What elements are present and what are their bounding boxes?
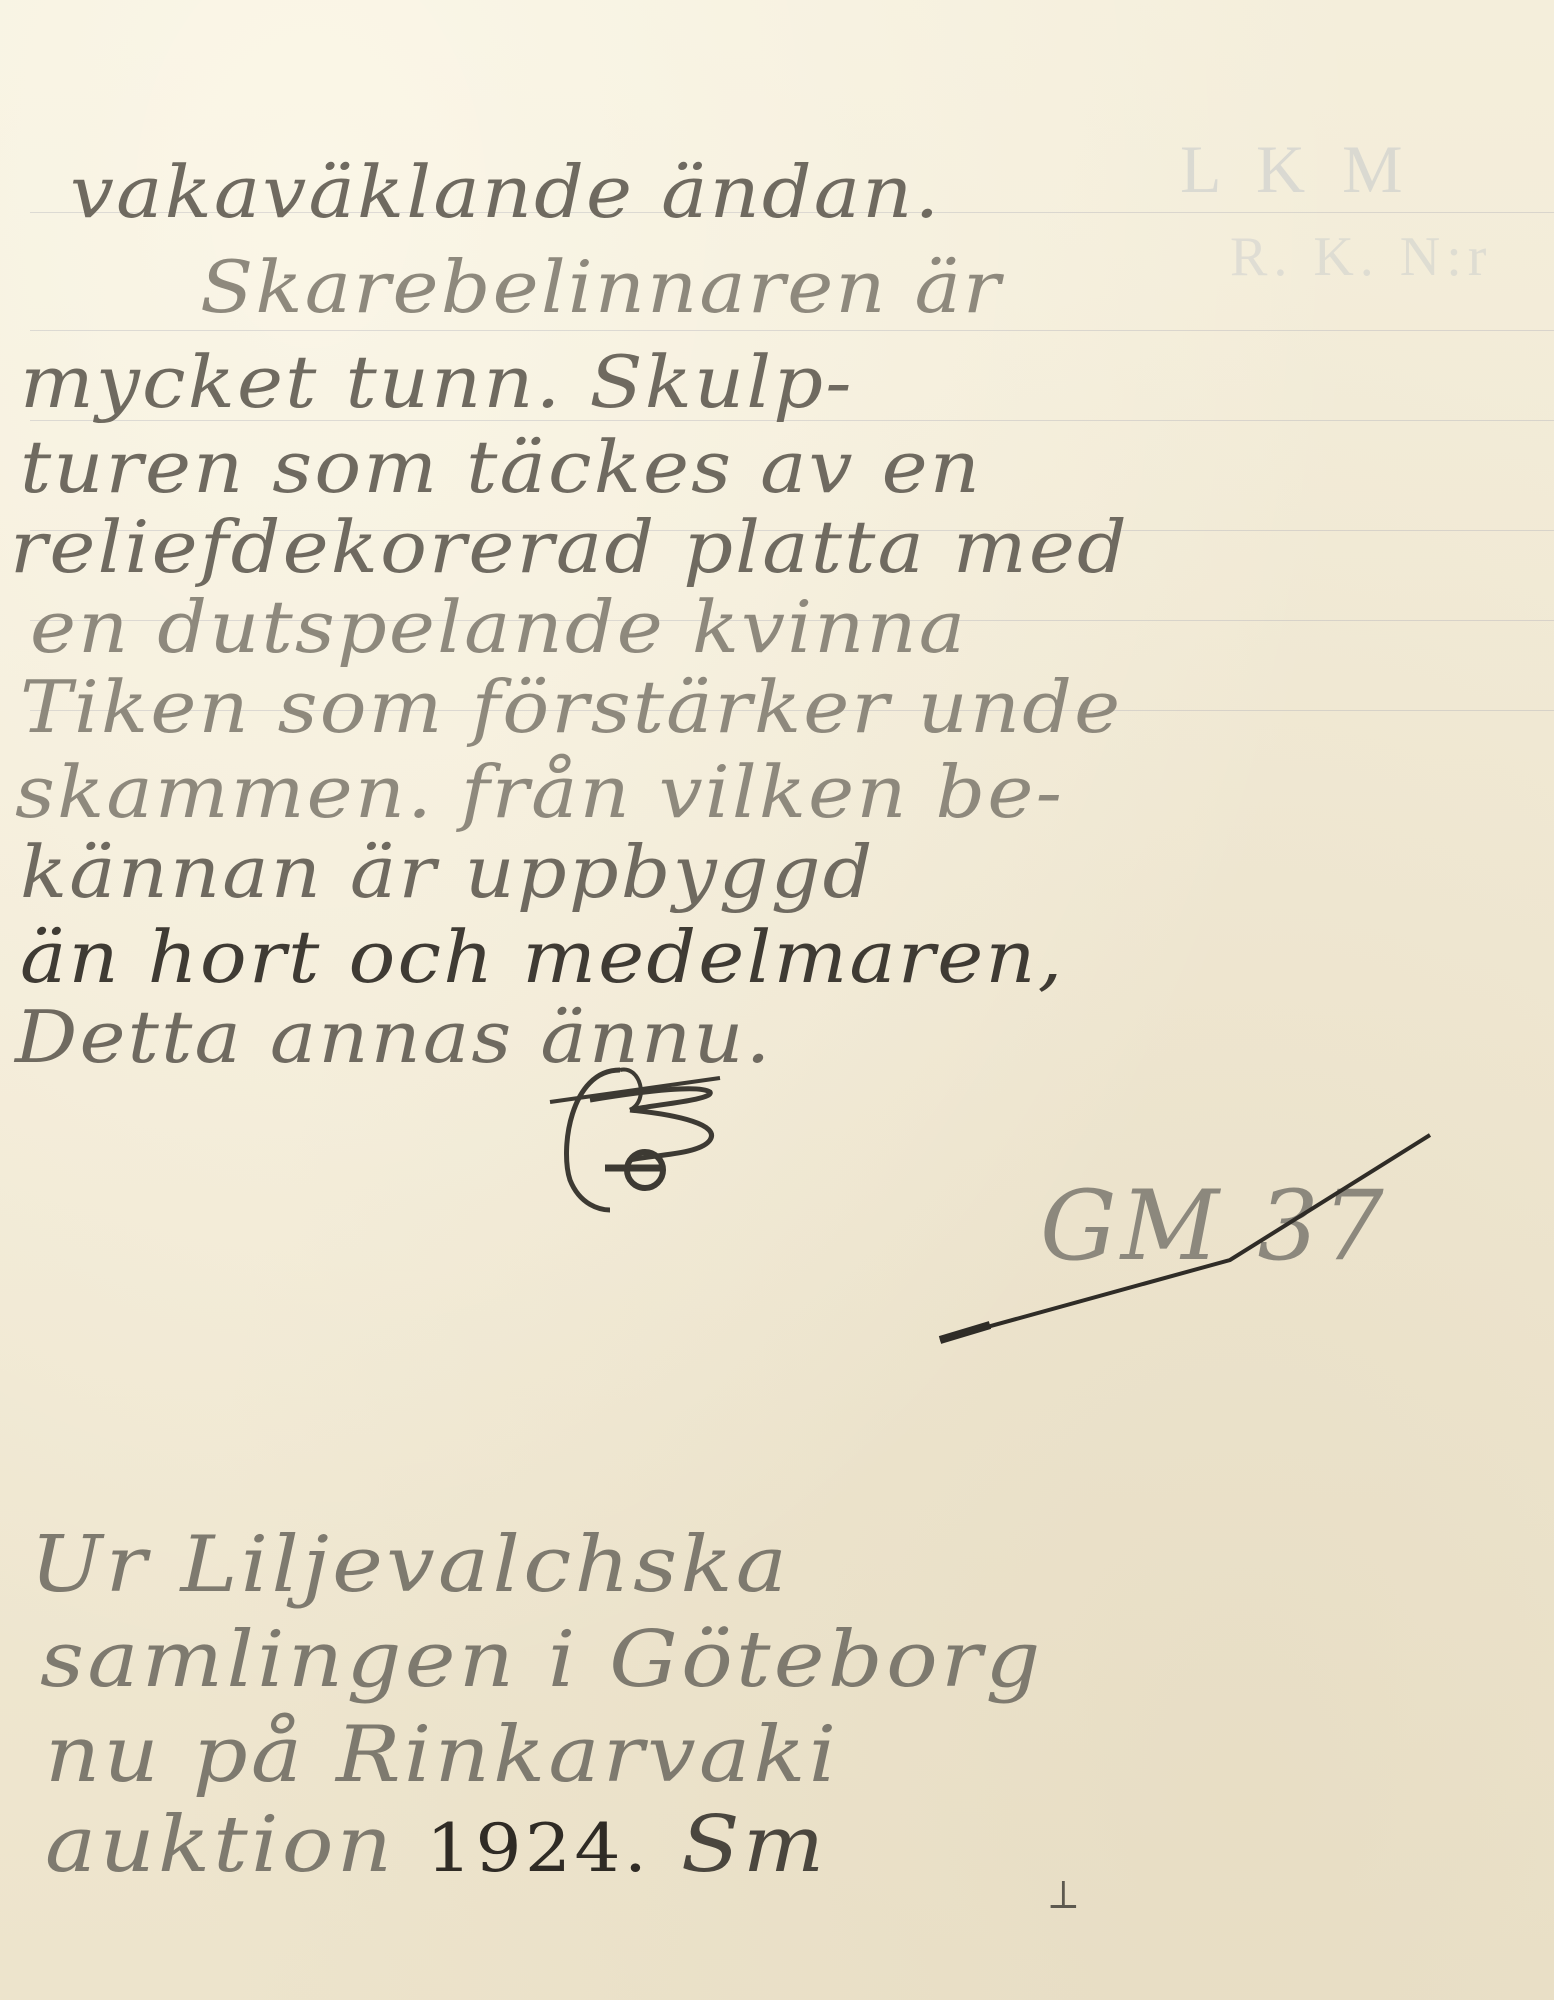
monogram-icon: [530, 1060, 810, 1220]
postscript-initials: Sm: [681, 1800, 828, 1890]
postscript-line: Ur Liljevalchska: [30, 1520, 790, 1610]
body-line: vakaväklande ändan.: [70, 150, 941, 234]
body-line: turen som täckes av en: [20, 425, 982, 509]
postscript-year: 1924.: [426, 1810, 650, 1887]
postscript-auction: auktion: [45, 1800, 395, 1890]
letterhead-showthrough-number: R. K. N:r: [1230, 225, 1492, 289]
tick-mark-icon: ⟂: [1050, 1872, 1077, 1918]
body-line: än hort och medelmaren,: [20, 915, 1065, 999]
body-line: mycket tunn. Skulp-: [20, 340, 854, 424]
letterhead-showthrough: L K M: [1180, 130, 1413, 209]
body-line: reliefdekorerad platta med: [10, 505, 1129, 589]
body-line: kännan är uppbyggd: [20, 830, 875, 914]
postscript-line: auktion 1924. Sm: [45, 1800, 828, 1890]
signature: GM 37: [930, 1130, 1450, 1360]
body-line: Skarebelinnaren är: [200, 245, 1002, 329]
ruled-line: [30, 330, 1554, 331]
body-line: Tiken som förstärker unde: [20, 665, 1122, 749]
postscript-line: nu på Rinkarvaki: [45, 1710, 839, 1800]
document-page: L K M R. K. N:r vakaväklande ändan. Skar…: [0, 0, 1554, 2000]
body-line: en dutspelande kvinna: [30, 585, 967, 669]
body-line: skammen. från vilken be-: [15, 750, 1064, 834]
postscript-line: samlingen i Göteborg: [40, 1615, 1044, 1705]
strike-through-line-icon: [930, 1130, 1450, 1360]
